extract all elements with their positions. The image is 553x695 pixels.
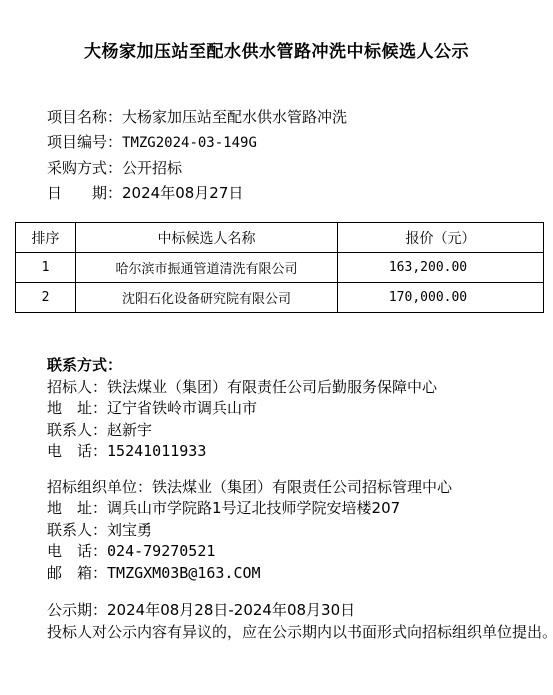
candidate-name-cell: 哈尔滨市振通管道清洗有限公司: [76, 253, 338, 283]
tenderer-contact-person-value: 赵新宇: [107, 421, 152, 439]
date-value: 2024年08月27日: [122, 184, 243, 202]
organizer-phone-label: 电 话：: [47, 542, 107, 560]
tenderer-contact-person-line: 联系人：赵新宇: [47, 420, 553, 442]
organizer-email-label: 邮 箱：: [47, 564, 107, 582]
organizer-contact-person-line: 联系人：刘宝勇: [47, 520, 553, 542]
organizer-email-value: TMZGXM03B@163.COM: [107, 564, 261, 582]
procurement-method-value: 公开招标: [122, 159, 182, 177]
project-info-section: 项目名称：大杨家加压站至配水供水管路冲洗 项目编号：TMZG2024-03-14…: [47, 105, 553, 206]
organizer-value: 铁法煤业（集团）有限责任公司招标管理中心: [152, 478, 452, 496]
table-row: 2 沈阳石化设备研究院有限公司 170,000.00: [16, 283, 544, 313]
table-header-candidate-name: 中标候选人名称: [76, 223, 338, 253]
tenderer-label: 招标人：: [47, 378, 107, 396]
project-number-line: 项目编号：TMZG2024-03-149G: [47, 130, 553, 156]
table-header-row: 排序 中标候选人名称 报价（元）: [16, 223, 544, 253]
tenderer-line: 招标人：铁法煤业（集团）有限责任公司后勤服务保障中心: [47, 377, 553, 399]
publicity-period-value: 2024年08月28日-2024年08月30日: [107, 601, 355, 619]
organizer-contact-person-label: 联系人：: [47, 521, 107, 539]
rank-cell: 2: [16, 283, 76, 313]
page-title: 大杨家加压站至配水供水管路冲洗中标候选人公示: [0, 37, 553, 62]
organizer-contact-person-value: 刘宝勇: [107, 521, 152, 539]
tenderer-phone-label: 电 话：: [47, 442, 107, 460]
organizer-line: 招标组织单位：铁法煤业（集团）有限责任公司招标管理中心: [47, 477, 553, 499]
rank-cell: 1: [16, 253, 76, 283]
table-header-rank: 排序: [16, 223, 76, 253]
organizer-address-value: 调兵山市学院路1号辽北技师学院安培楼207: [107, 499, 400, 517]
tenderer-value: 铁法煤业（集团）有限责任公司后勤服务保障中心: [107, 378, 437, 396]
project-name-label: 项目名称：: [47, 108, 122, 126]
date-line: 日 期：2024年08月27日: [47, 181, 553, 206]
tenderer-phone-line: 电 话：15241011933: [47, 441, 553, 463]
project-number-label: 项目编号：: [47, 133, 122, 151]
objection-note: 投标人对公示内容有异议的，应在公示期内以书面形式向招标组织单位提出。: [47, 622, 553, 644]
publicity-period-line: 公示期：2024年08月28日-2024年08月30日: [47, 600, 553, 622]
organizer-email-line: 邮 箱：TMZGXM03B@163.COM: [47, 563, 553, 585]
candidate-name-cell: 沈阳石化设备研究院有限公司: [76, 283, 338, 313]
tenderer-address-label: 地 址：: [47, 399, 107, 417]
organizer-phone-value: 024-79270521: [107, 542, 215, 560]
tenderer-contact-person-label: 联系人：: [47, 421, 107, 439]
project-name-value: 大杨家加压站至配水供水管路冲洗: [122, 108, 347, 126]
date-label: 日 期：: [47, 184, 122, 202]
table-header-price: 报价（元）: [338, 223, 544, 253]
organizer-label: 招标组织单位：: [47, 478, 152, 496]
organizer-address-label: 地 址：: [47, 499, 107, 517]
publicity-section: 公示期：2024年08月28日-2024年08月30日 投标人对公示内容有异议的…: [47, 600, 553, 643]
price-cell: 170,000.00: [338, 283, 544, 313]
tenderer-phone-value: 15241011933: [107, 442, 206, 460]
organizer-address-line: 地 址：调兵山市学院路1号辽北技师学院安培楼207: [47, 498, 553, 520]
procurement-method-label: 采购方式：: [47, 159, 122, 177]
contact-section: 联系方式： 招标人：铁法煤业（集团）有限责任公司后勤服务保障中心 地 址：辽宁省…: [47, 355, 553, 463]
bid-candidates-table: 排序 中标候选人名称 报价（元） 1 哈尔滨市振通管道清洗有限公司 163,20…: [15, 222, 544, 313]
project-name-line: 项目名称：大杨家加压站至配水供水管路冲洗: [47, 105, 553, 130]
organizer-section: 招标组织单位：铁法煤业（集团）有限责任公司招标管理中心 地 址：调兵山市学院路1…: [47, 477, 553, 585]
tenderer-address-value: 辽宁省铁岭市调兵山市: [107, 399, 257, 417]
tenderer-address-line: 地 址：辽宁省铁岭市调兵山市: [47, 398, 553, 420]
table-row: 1 哈尔滨市振通管道清洗有限公司 163,200.00: [16, 253, 544, 283]
organizer-phone-line: 电 话：024-79270521: [47, 541, 553, 563]
announcement-document: 大杨家加压站至配水供水管路冲洗中标候选人公示 项目名称：大杨家加压站至配水供水管…: [0, 0, 553, 695]
project-number-value: TMZG2024-03-149G: [122, 135, 257, 151]
contact-heading: 联系方式：: [47, 355, 553, 377]
procurement-method-line: 采购方式：公开招标: [47, 156, 553, 181]
price-cell: 163,200.00: [338, 253, 544, 283]
publicity-period-label: 公示期：: [47, 601, 107, 619]
